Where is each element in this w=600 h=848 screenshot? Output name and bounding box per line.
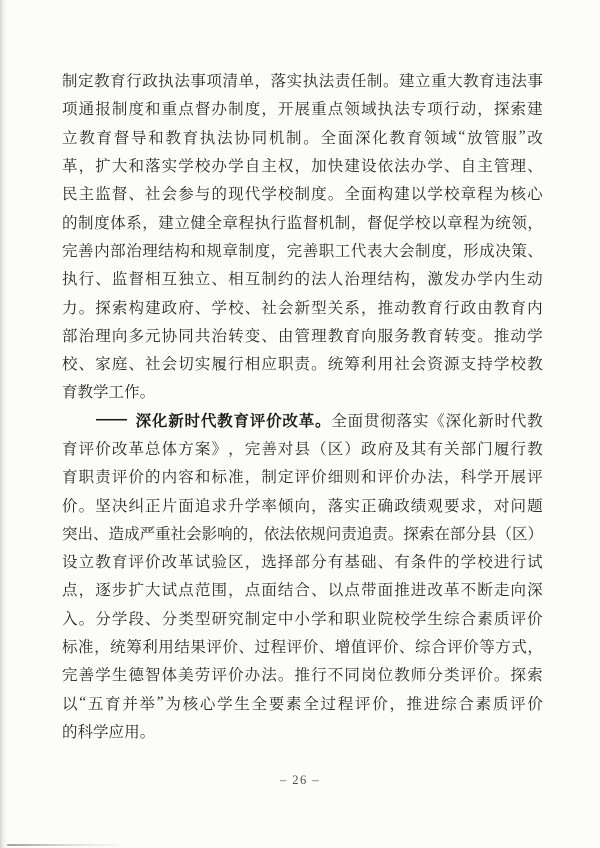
text-line: 革，扩大和落实学校办学自主权，加快建设依法办学、自主管理、 <box>62 151 543 179</box>
text-line: 育评价改革总体方案》，完善对县（区）政府及其有关部门履行教 <box>62 434 543 462</box>
text-line: 育职责评价的内容和标准，制定评价细则和评价办法，科学开展评 <box>62 462 543 490</box>
text-line: 执行、监督相互独立、相互制约的法人治理结构，激发办学内生动 <box>62 264 543 292</box>
document-page: 制定教育行政执法事项清单，落实执法责任制。建立重大教育违法事项通报制度和重点督办… <box>0 0 600 848</box>
text-line: 入。分学段、分类型研究制定中小学和职业院校学生综合素质评价 <box>62 604 543 632</box>
page-number: – 26 – <box>0 773 600 788</box>
text-line: 民主监督、社会参与的现代学校制度。全面构建以学校章程为核心 <box>62 179 543 207</box>
text-line: 制定教育行政执法事项清单，落实执法责任制。建立重大教育违法事 <box>62 66 543 94</box>
text-line: ——深化新时代教育评价改革。全面贯彻落实《深化新时代教 <box>62 406 543 434</box>
text-line: 的科学应用。 <box>62 717 543 745</box>
text-line: 育教学工作。 <box>62 377 543 405</box>
scan-artifact-line <box>7 844 127 846</box>
scan-left-edge-shadow <box>0 0 8 848</box>
text-block: 制定教育行政执法事项清单，落实执法责任制。建立重大教育违法事项通报制度和重点督办… <box>62 66 543 745</box>
text-line: 完善内部治理结构和规章制度，完善职工代表大会制度，形成决策、 <box>62 236 543 264</box>
text-line: 项通报制度和重点督办制度，开展重点领域执法专项行动，探索建 <box>62 94 543 122</box>
text-line: 力。探索构建政府、学校、社会新型关系，推动教育行政由教育内 <box>62 292 543 320</box>
text-line: 价。坚决纠正片面追求升学率倾向，落实正确政绩观要求，对问题 <box>62 490 543 518</box>
text-line: 突出、造成严重社会影响的，依法依规问责追责。探索在部分县（区） <box>62 519 543 547</box>
text-line: 完善学生德智体美劳评价办法。推行不同岗位教师分类评价。探索 <box>62 660 543 688</box>
text-line: 设立教育评价改革试验区，选择部分有基础、有条件的学校进行试 <box>62 547 543 575</box>
text-line: 的制度体系，建立健全章程执行监督机制，督促学校以章程为统领， <box>62 207 543 235</box>
text-line: 标准，统筹利用结果评价、过程评价、增值评价、综合评价等方式， <box>62 632 543 660</box>
text-line: 点，逐步扩大试点范围，点面结合、以点带面推进改革不断走向深 <box>62 575 543 603</box>
text-line: 部治理向多元协同共治转变、由管理教育向服务教育转变。推动学 <box>62 321 543 349</box>
text-line: 校、家庭、社会切实履行相应职责。统筹利用社会资源支持学校教 <box>62 349 543 377</box>
text-line: 立教育督导和教育执法协同机制。全面深化教育领域“放管服”改 <box>62 123 543 151</box>
text-line: 以“五育并举”为核心学生全要素全过程评价，推进综合素质评价 <box>62 689 543 717</box>
